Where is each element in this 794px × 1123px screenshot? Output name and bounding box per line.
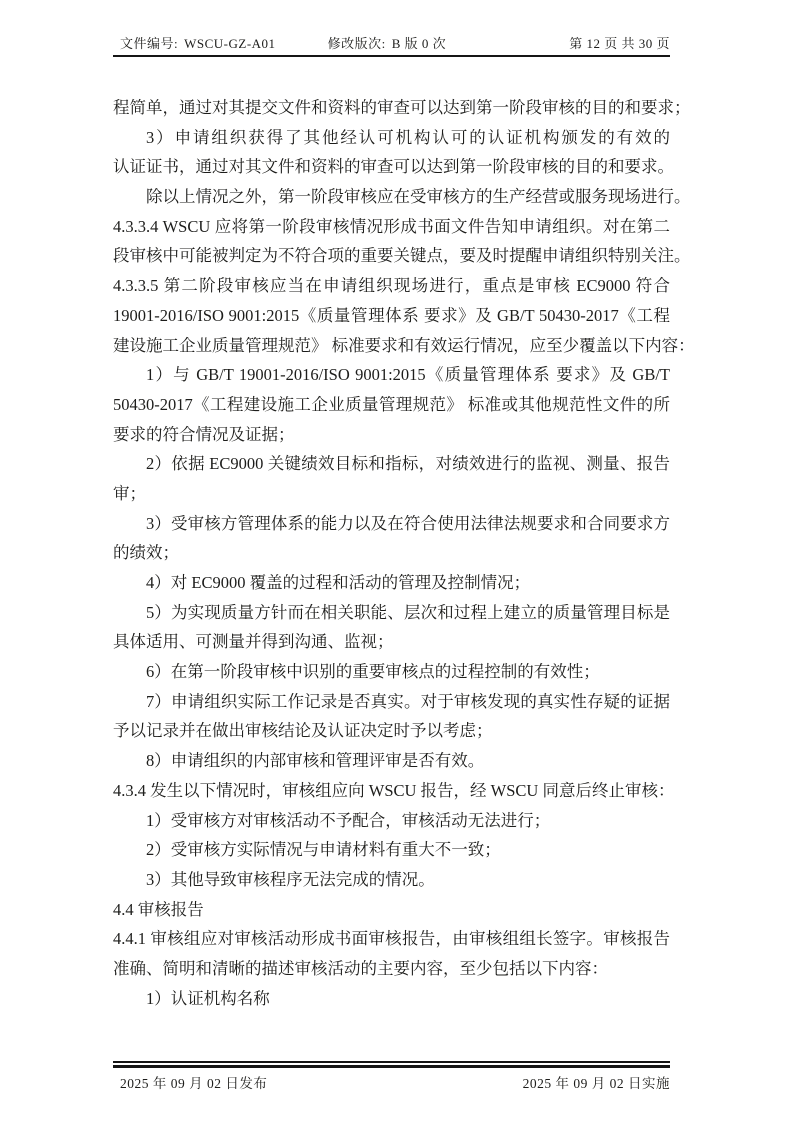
body-line: 的绩效； (113, 538, 670, 568)
document-body: 程简单，通过对其提交文件和资料的审查可以达到第一阶段审核的目的和要求；3）申请组… (113, 93, 670, 1013)
footer-divider-thin (113, 1061, 670, 1063)
body-line: 4.3.4 发生以下情况时，审核组应向 WSCU 报告，经 WSCU 同意后终止… (113, 776, 670, 806)
body-line: 2）依据 EC9000 关键绩效目标和指标，对绩效进行的监视、测量、报告和评 (113, 449, 670, 479)
body-line: 5）为实现质量方针而在相关职能、层次和过程上建立的质量管理目标是否 (113, 598, 670, 628)
body-line: 4.4 审核报告 (113, 895, 670, 925)
body-line: 4.3.3.5 第二阶段审核应当在申请组织现场进行，重点是审核 EC9000 符… (113, 271, 670, 301)
body-line: 8）申请组织的内部审核和管理评审是否有效。 (113, 746, 670, 776)
body-line: 段审核中可能被判定为不符合项的重要关键点，要及时提醒申请组织特别关注。 (113, 241, 670, 271)
revision: 修改版次:B 版 0 次 (328, 33, 447, 52)
page-footer: 2025 年 09 月 02 日发布 2025 年 09 月 02 日实施 (113, 1072, 670, 1092)
revision-label: 修改版次: (328, 36, 386, 51)
body-line: 4.4.1 审核组应对审核活动形成书面审核报告，由审核组组长签字。审核报告应 (113, 924, 670, 954)
doc-number-value: WSCU-GZ-A01 (184, 36, 275, 51)
doc-number: 文件编号:WSCU-GZ-A01 (120, 33, 276, 52)
body-line: 程简单，通过对其提交文件和资料的审查可以达到第一阶段审核的目的和要求； (113, 93, 670, 123)
body-line: 6）在第一阶段审核中识别的重要审核点的过程控制的有效性； (113, 657, 670, 687)
page-indicator: 第 12 页 共 30 页 (569, 33, 670, 52)
body-line: 1）受审核方对审核活动不予配合，审核活动无法进行； (113, 806, 670, 836)
release-date: 2025 年 09 月 02 日发布 (120, 1072, 267, 1092)
body-line: 要求的符合情况及证据； (113, 420, 670, 450)
body-line: 4.3.3.4 WSCU 应将第一阶段审核情况形成书面文件告知申请组织。对在第二… (113, 212, 670, 242)
revision-value: B 版 0 次 (392, 36, 446, 51)
body-line: 除以上情况之外，第一阶段审核应在受审核方的生产经营或服务现场进行。 (113, 182, 670, 212)
header-divider (113, 55, 670, 57)
body-line: 具体适用、可测量并得到沟通、监视； (113, 627, 670, 657)
body-line: 审； (113, 479, 670, 509)
body-line: 1）认证机构名称 (113, 984, 670, 1014)
doc-number-label: 文件编号: (120, 36, 178, 51)
body-line: 3）其他导致审核程序无法完成的情况。 (113, 865, 670, 895)
body-line: 50430-2017《工程建设施工企业质量管理规范》 标准或其他规范性文件的所有 (113, 390, 670, 420)
body-line: 3）申请组织获得了其他经认可机构认可的认证机构颁发的有效的 EC9000 (113, 123, 670, 153)
body-line: 建设施工企业质量管理规范》 标准要求和有效运行情况，应至少覆盖以下内容： (113, 331, 670, 361)
body-line: 2）受审核方实际情况与申请材料有重大不一致； (113, 835, 670, 865)
footer-divider-thick (113, 1065, 670, 1068)
body-line: 予以记录并在做出审核结论及认证决定时予以考虑； (113, 716, 670, 746)
implement-date: 2025 年 09 月 02 日实施 (523, 1072, 670, 1092)
body-line: 7）申请组织实际工作记录是否真实。对于审核发现的真实性存疑的证据应 (113, 687, 670, 717)
body-line: 认证证书，通过对其文件和资料的审查可以达到第一阶段审核的目的和要求。 (113, 152, 670, 182)
body-line: 19001-2016/ISO 9001:2015《质量管理体系 要求》及 GB/… (113, 301, 670, 331)
body-line: 4）对 EC9000 覆盖的过程和活动的管理及控制情况； (113, 568, 670, 598)
document-page: 文件编号:WSCU-GZ-A01 修改版次:B 版 0 次 第 12 页 共 3… (0, 0, 794, 1123)
body-line: 准确、简明和清晰的描述审核活动的主要内容，至少包括以下内容： (113, 954, 670, 984)
body-line: 3）受审核方管理体系的能力以及在符合使用法律法规要求和合同要求方面 (113, 509, 670, 539)
page-header: 文件编号:WSCU-GZ-A01 修改版次:B 版 0 次 第 12 页 共 3… (113, 33, 670, 52)
body-line: 1）与 GB/T 19001-2016/ISO 9001:2015《质量管理体系… (113, 360, 670, 390)
